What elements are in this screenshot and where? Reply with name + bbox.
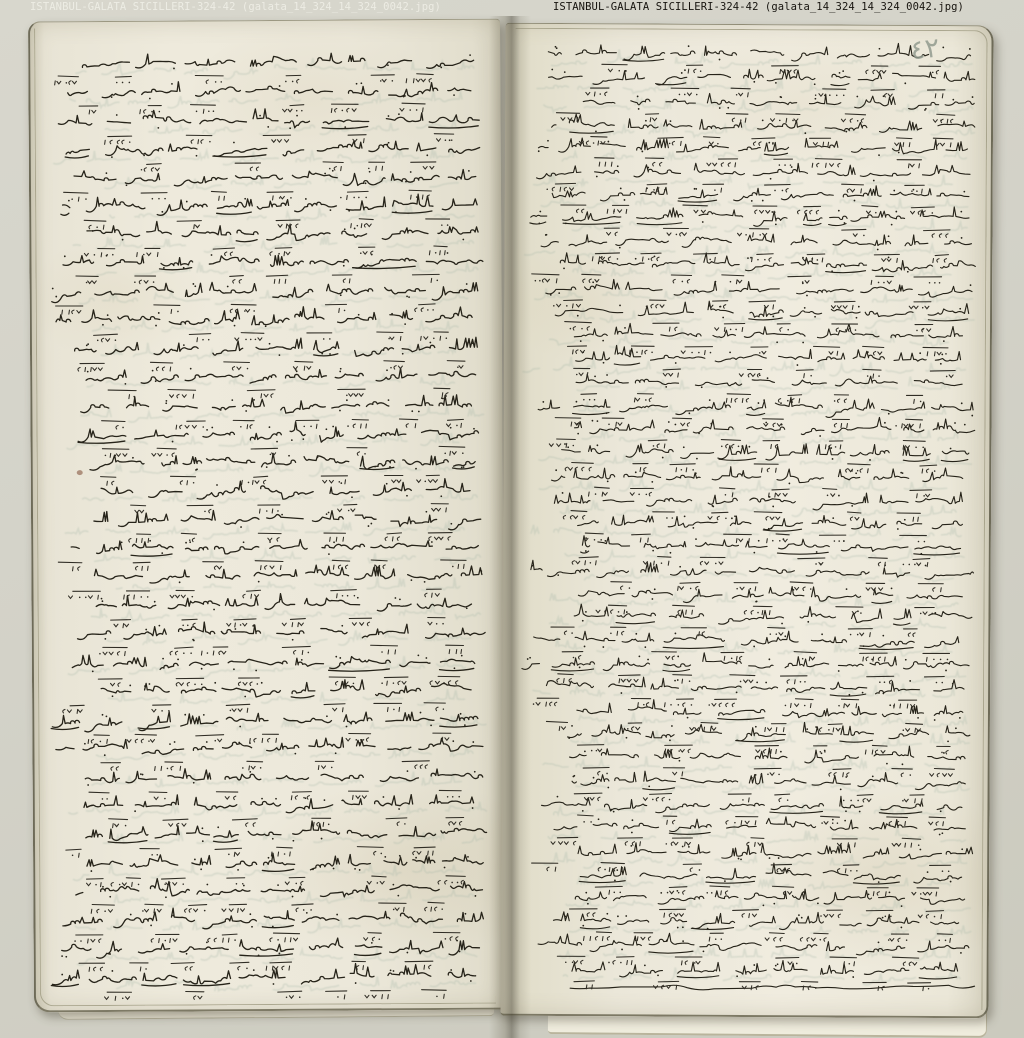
foxing-speck xyxy=(77,470,83,475)
handwriting-left-page xyxy=(30,20,506,1011)
scan-label-top: ISTANBUL-GALATA SICILLERI-324-42 (galata… xyxy=(553,1,964,13)
handwriting-right-page xyxy=(500,24,991,1017)
manuscript-page-left xyxy=(28,19,506,1013)
scan-label-left: ISTANBUL-GALATA SICILLERI-324-42 (galata… xyxy=(30,1,441,13)
folio-number: ٤٢ xyxy=(909,32,941,66)
manuscript-page-right: ٤٢ xyxy=(500,23,993,1019)
document-scan-viewer: ISTANBUL-GALATA SICILLERI-324-42 (galata… xyxy=(0,0,1024,1038)
